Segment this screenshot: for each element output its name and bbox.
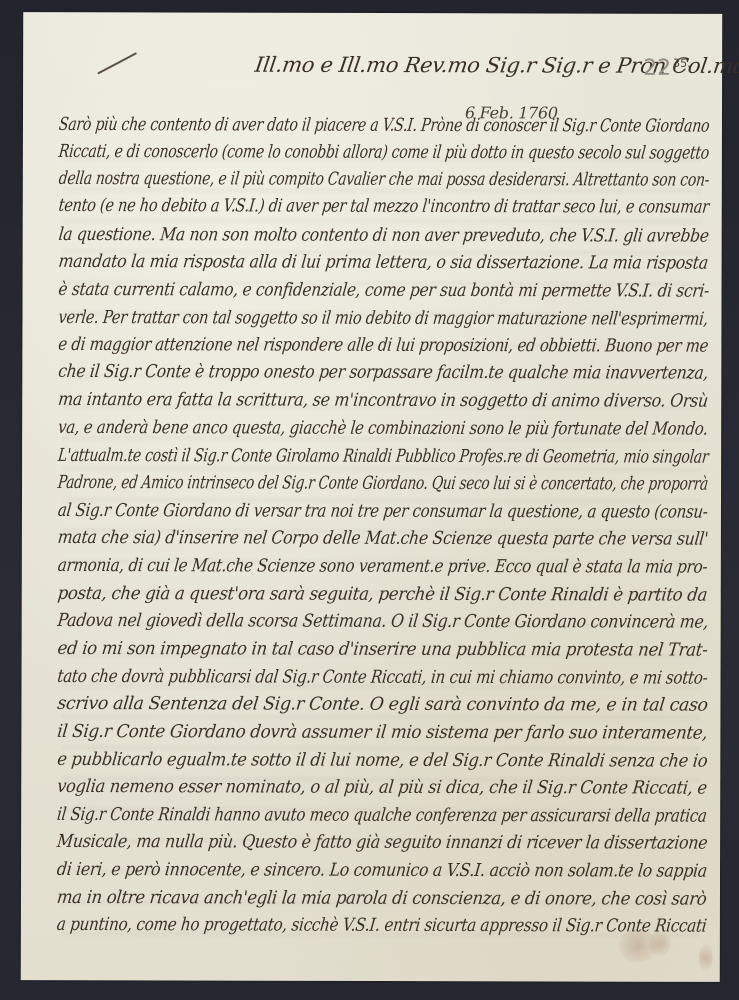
text-line: Musicale, ma nulla più. Questo è fatto g… — [56, 831, 708, 853]
text-line: il Sig.r Conte Giordano dovrà assumer il… — [56, 721, 708, 743]
text-line: va, e anderà bene anco questa, giacchè l… — [57, 417, 709, 439]
text-line: voglia nemeno esser nominato, o al più, … — [56, 776, 708, 798]
text-line: verle. Per trattar con tal soggetto so i… — [57, 307, 709, 329]
text-line: mandato la mia risposta alla di lui prim… — [58, 251, 710, 273]
text-line: di ieri, e però innocente, e sincero. Lo… — [56, 859, 708, 881]
text-line: è stata currenti calamo, e confidenziale… — [57, 279, 710, 301]
text-line: L'attualm.te costì il Sig.r Conte Girola… — [57, 445, 710, 467]
folio-number-main: 22 — [643, 56, 671, 81]
text-line: e di maggior attenzione nel rispondere a… — [57, 334, 709, 356]
text-line: il Sig.r Conte Rinaldi hanno avuto meco … — [56, 804, 708, 826]
text-line: Riccati, e di conoscerlo (come lo conobb… — [58, 141, 710, 163]
margin-mark — [97, 52, 137, 74]
text-line: ma intanto era fatta la scrittura, se m'… — [57, 389, 709, 411]
text-line: al Sig.r Conte Giordano di versar tra no… — [57, 500, 709, 522]
stain-mark — [699, 944, 713, 972]
text-line: scrivo alla Sentenza del Sig.r Conte. O … — [56, 693, 709, 715]
text-line: mata che sia) d'inserire nel Corpo delle… — [57, 527, 709, 549]
text-line: Padova nel giovedì della scorsa Settiman… — [57, 610, 710, 632]
text-line: armonia, di cui le Mat.che Scienze sono … — [57, 555, 709, 577]
text-line: ma in oltre ricava anch'egli la mia paro… — [56, 887, 708, 909]
viewer-background: Ill.mo e Ill.mo Rev.mo Sig.r Sig.r e Pro… — [0, 0, 739, 1000]
folio-number-superscript: 35. — [673, 56, 691, 69]
text-line: posta, che già a quest'ora sarà seguita,… — [57, 583, 709, 605]
text-line: a puntino, come ho progettato, sicchè V.… — [56, 914, 708, 936]
folio-number: 2235. — [643, 56, 691, 81]
text-line: della nostra questione, e il più compito… — [58, 168, 711, 190]
manuscript-page: Ill.mo e Ill.mo Rev.mo Sig.r Sig.r e Pro… — [21, 12, 723, 982]
text-line: ed io mi son impegnato in tal caso d'ins… — [56, 638, 708, 660]
text-line: tato che dovrà pubblicarsi dal Sig.r Con… — [56, 666, 708, 688]
text-line: Sarò più che contento di aver dato il pi… — [58, 114, 711, 136]
text-line: la questione. Ma non son molto contento … — [58, 224, 710, 246]
text-line: Padrone, ed Amico intrinseco del Sig.r C… — [57, 472, 709, 494]
text-line: e pubblicarlo egualm.te sotto il di lui … — [56, 749, 708, 771]
text-line: che il Sig.r Conte è troppo onesto per s… — [57, 361, 709, 383]
text-line: tento (e ne ho debito a V.S.I.) di aver … — [58, 195, 710, 217]
